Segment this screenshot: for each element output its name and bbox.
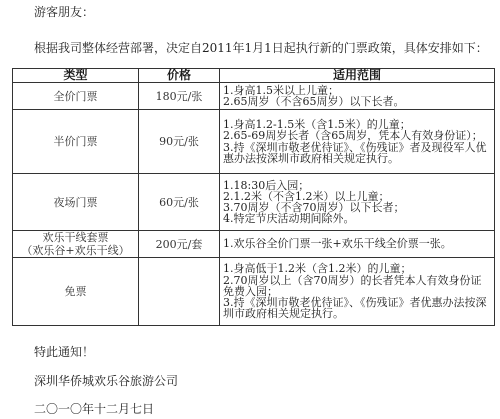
ticket-type-label: 免票 bbox=[65, 285, 87, 298]
ticket-type-label: 欢乐干线套票 bbox=[16, 231, 135, 244]
ticket-type: 全价门票 bbox=[13, 83, 139, 110]
scope-item: 2.65周岁（不含65周岁）以下长者。 bbox=[223, 96, 491, 107]
table-row: 免票 1.身高低于1.2米（含1.2米）的儿童； 2.70周岁以上（含70周岁）… bbox=[13, 258, 495, 326]
table-row: 半价门票 90元/张 1.身高1.2-1.5米（含1.5米）的儿童； 2.65-… bbox=[13, 110, 495, 174]
header-price: 价格 bbox=[139, 69, 220, 83]
header-scope: 适用范围 bbox=[220, 69, 495, 83]
ticket-price: 90元/张 bbox=[139, 110, 220, 174]
table-row: 夜场门票 60元/张 1.18:30后入园； 2.1.2米（不含1.2米）以上儿… bbox=[13, 174, 495, 231]
scope-item: 2.65-69周岁长者（含65周岁，凭本人有效身份证）； bbox=[223, 130, 491, 141]
ticket-price: 180元/张 bbox=[139, 83, 220, 110]
greeting: 游客朋友： bbox=[34, 5, 94, 19]
ticket-type: 免票 bbox=[13, 258, 139, 326]
table-header-row: 类型 价格 适用范围 bbox=[13, 69, 495, 83]
ticket-type: 半价门票 bbox=[13, 110, 139, 174]
scope-item: 4.特定节庆活动期间除外。 bbox=[223, 213, 491, 224]
scope-item: 3.持《深圳市敬老优待证》、《伤残证》者及现役军人优惠办法按深圳市政府相关规定执… bbox=[223, 142, 491, 164]
ticket-price: 200元/套 bbox=[139, 231, 220, 258]
ticket-policy-table: 类型 价格 适用范围 全价门票 180元/张 1.身高1.5米以上儿童； 2.6… bbox=[12, 68, 495, 326]
ticket-type: 欢乐干线套票 （欢乐谷+欢乐干线） bbox=[13, 231, 139, 258]
ticket-scope: 1.欢乐谷全价门票一张+欢乐干线全价票一张。 bbox=[220, 231, 495, 258]
scope-item: 1.欢乐谷全价门票一张+欢乐干线全价票一张。 bbox=[223, 238, 491, 249]
ticket-scope: 1.18:30后入园； 2.1.2米（不含1.2米）以上儿童； 3.70周岁（不… bbox=[220, 174, 495, 231]
ticket-price: 60元/张 bbox=[139, 174, 220, 231]
ticket-price bbox=[139, 258, 220, 326]
notice-date: 二〇一〇年十二月七日 bbox=[34, 402, 154, 416]
scope-item: 1.身高低于1.2米（含1.2米）的儿童； bbox=[223, 263, 491, 274]
ticket-scope: 1.身高1.2-1.5米（含1.5米）的儿童； 2.65-69周岁长者（含65周… bbox=[220, 110, 495, 174]
ticket-scope: 1.身高低于1.2米（含1.2米）的儿童； 2.70周岁以上（含70周岁）的长者… bbox=[220, 258, 495, 326]
company-signature: 深圳华侨城欢乐谷旅游公司 bbox=[34, 374, 178, 388]
scope-item: 3.持《深圳市敬老优待证》、《伤残证》者优惠办法按深圳市政府相关规定执行。 bbox=[223, 297, 491, 319]
closing-remark: 特此通知！ bbox=[34, 345, 94, 359]
table-row: 欢乐干线套票 （欢乐谷+欢乐干线） 200元/套 1.欢乐谷全价门票一张+欢乐干… bbox=[13, 231, 495, 258]
ticket-type-label: 半价门票 bbox=[54, 135, 98, 148]
ticket-type-sublabel: （欢乐谷+欢乐干线） bbox=[16, 244, 135, 257]
table-row: 全价门票 180元/张 1.身高1.5米以上儿童； 2.65周岁（不含65周岁）… bbox=[13, 83, 495, 110]
ticket-type-label: 夜场门票 bbox=[54, 196, 98, 209]
header-type: 类型 bbox=[13, 69, 139, 83]
ticket-scope: 1.身高1.5米以上儿童； 2.65周岁（不含65周岁）以下长者。 bbox=[220, 83, 495, 110]
intro-paragraph: 根据我司整体经营部署，决定自2011年1月1日起执行新的门票政策，具体安排如下： bbox=[34, 41, 488, 55]
ticket-type-label: 全价门票 bbox=[54, 90, 98, 103]
ticket-type: 夜场门票 bbox=[13, 174, 139, 231]
scope-item: 2.70周岁以上（含70周岁）的长者凭本人有效身份证免费入园； bbox=[223, 275, 491, 297]
